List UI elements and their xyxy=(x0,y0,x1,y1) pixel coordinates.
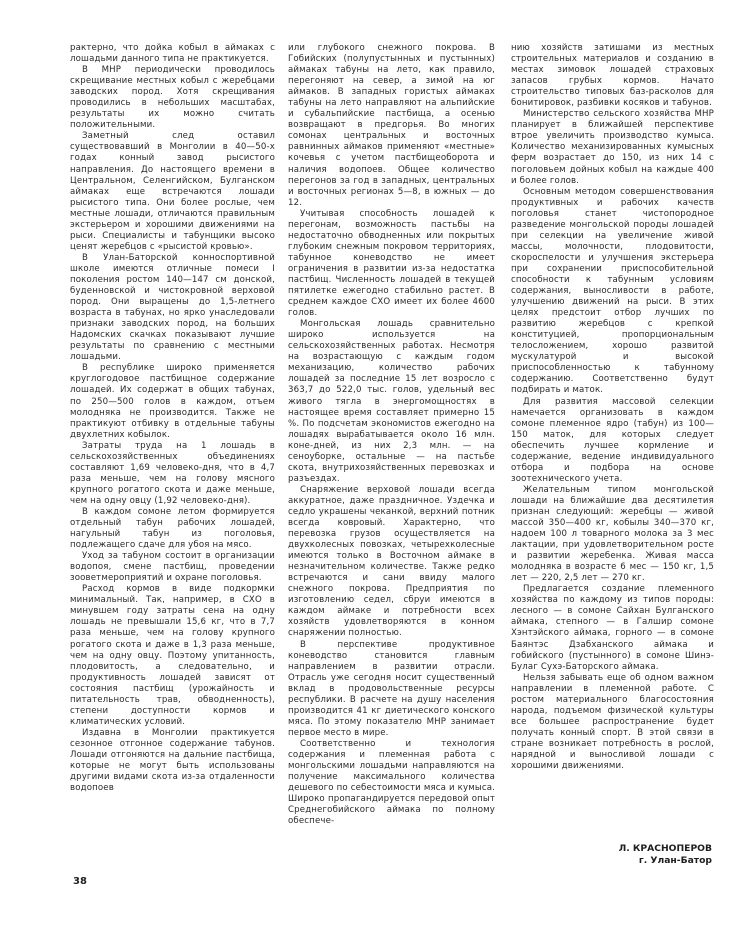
paragraph: или глубокого снежного покрова. В Гобийс… xyxy=(288,43,495,209)
paragraph: Желательным типом монгольской лошади на … xyxy=(511,485,714,584)
paragraph: рактерно, что дойка кобыл в аймаках с ло… xyxy=(70,43,275,65)
paragraph: Учитывая способность лошадей к перегонам… xyxy=(288,209,495,319)
paragraph: нию хозяйств затишами из местных строите… xyxy=(511,43,714,109)
paragraph: В перспективе продуктивное коневодство с… xyxy=(288,640,495,739)
article-column-1: рактерно, что дойка кобыл в аймаках с ло… xyxy=(70,43,275,794)
paragraph: Снаряжение верховой лошади всегда аккура… xyxy=(288,485,495,640)
paragraph: Расход кормов в виде подкормки минимальн… xyxy=(70,584,275,728)
paragraph: Затраты труда на 1 лошадь в сельскохозяй… xyxy=(70,441,275,507)
paragraph: Основным методом совершенствования проду… xyxy=(511,187,714,397)
paragraph: В республике широко применяется круглого… xyxy=(70,363,275,440)
paragraph: В каждом сомоне летом формируется отдель… xyxy=(70,507,275,551)
author-signature: Л. КРАСНОПЕРОВ г. Улан-Батор xyxy=(540,843,712,867)
paragraph: Нельзя забывать еще об одном важном напр… xyxy=(511,673,714,772)
paragraph: Издавна в Монголии практикуется сезонное… xyxy=(70,728,275,794)
paragraph: Соответственно и технология содержания и… xyxy=(288,739,495,827)
paragraph: Заметный след оставил существовавший в М… xyxy=(70,131,275,253)
page-number: 38 xyxy=(73,876,87,887)
paragraph: В МНР периодически проводилось скрещиван… xyxy=(70,65,275,131)
paragraph: Для развития массовой селекции намечаетс… xyxy=(511,397,714,485)
paragraph: Уход за табуном состоит в организации во… xyxy=(70,551,275,584)
paragraph: Министерство сельского хозяйства МНР пла… xyxy=(511,109,714,186)
paragraph: Предлагается создание племенного хозяйст… xyxy=(511,584,714,672)
author-name: Л. КРАСНОПЕРОВ xyxy=(540,843,712,855)
article-column-3: нию хозяйств затишами из местных строите… xyxy=(511,43,714,772)
paragraph: В Улан-Баторской конноспортивной школе и… xyxy=(70,253,275,363)
paragraph: Монгольская лошадь сравнительно широко и… xyxy=(288,319,495,485)
author-location: г. Улан-Батор xyxy=(540,855,712,867)
article-column-2: или глубокого снежного покрова. В Гобийс… xyxy=(288,43,495,827)
